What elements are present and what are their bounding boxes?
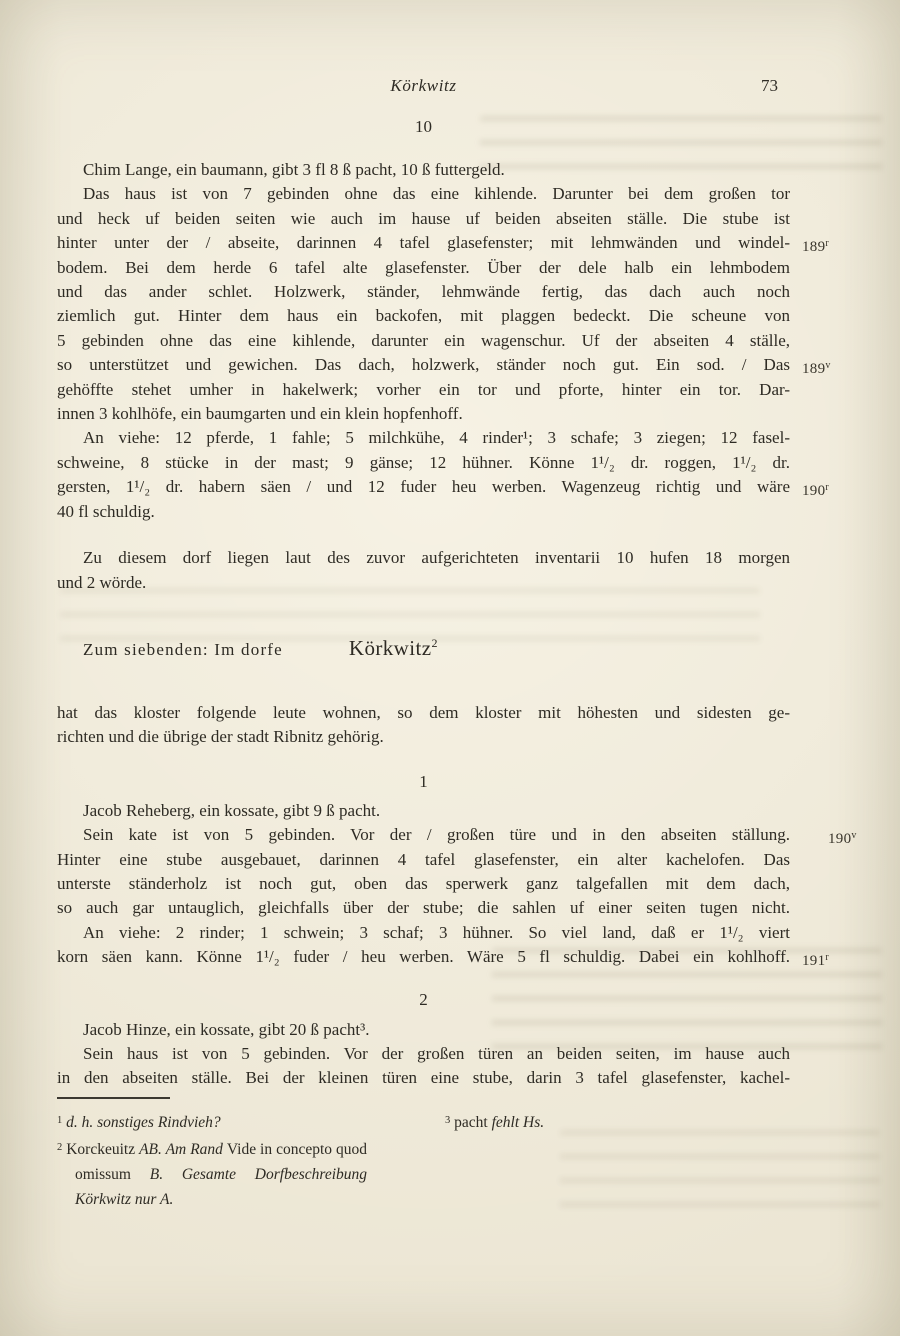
folio-number: 190 [802,483,825,499]
footnote-rule [57,1097,170,1099]
text-line: Das haus ist von 7 gebinden ohne das ein… [57,182,790,206]
text-line: und 2 wörde. [57,571,790,595]
footnote-2: 2 Korckeuitz AB. Am Rand Vide in concept… [57,1135,367,1212]
text-line: Zu diesem dorf liegen laut des zuvor auf… [57,546,790,570]
folio-number: 191 [802,953,825,969]
text-line: 40 fl schuldig. [57,500,790,524]
folio-suffix: v [825,360,830,371]
folio-number: 189 [802,361,825,377]
footnote-1: 1 d. h. sonstiges Rindvieh? [57,1108,367,1135]
text-line: 5 gebinden ohne das eine kihlende, darun… [57,329,790,353]
folio-reference: 189v [802,354,831,381]
footnote-marker: 3 [445,1115,450,1126]
folio-suffix: r [825,952,829,963]
text-line: innen 3 kohlhöfe, ein baumgarten und ein… [57,402,790,426]
text-line: Jacob Hinze, ein kossate, gibt 20 ß pach… [57,1018,790,1042]
text-line: gehöffte stehet umher in hakelwerk; vorh… [57,378,790,402]
folio-suffix: r [825,482,829,493]
entry-number-1: 1 [57,770,790,794]
text-line: An viehe: 2 rinder; 1 schwein; 3 schaf; … [57,921,790,945]
text-line: Chim Lange, ein baumann, gibt 3 fl 8 ß p… [57,158,790,182]
text-line: so unterstützet und gewichen. Das dach, … [57,353,790,377]
folio-suffix: v [851,830,856,841]
text-line: ziemlich gut. Hinter dem haus ein backof… [57,304,790,328]
text-line: Hinter eine stube ausgebauet, darinnen 4… [57,848,790,872]
running-head-title: Körkwitz [57,74,790,98]
text-line: Sein haus ist von 5 gebinden. Vor der gr… [57,1042,790,1066]
village-name: Körkwitz2 [349,636,438,660]
text-line: und das ander schlet. Holzwerk, ständer,… [57,280,790,304]
text-line: bodem. Bei dem herde 6 tafel alte glasef… [57,256,790,280]
text-line: hat das kloster folgende leute wohnen, s… [57,701,790,725]
footnote-marker: 2 [57,1142,62,1153]
text-line: und heck uf beiden seiten wie auch im ha… [57,207,790,231]
folio-reference: 190v [802,824,857,851]
text-line: so auch gar untauglich, gleichfalls über… [57,896,790,920]
footnotes: 1 d. h. sonstiges Rindvieh? 2 Korckeuitz… [57,1108,790,1212]
text-line: Sein kate ist von 5 gebinden. Vor der / … [57,823,790,847]
text-line: hinter unter der / abseite, darinnen 4 t… [57,231,790,255]
text-column: Körkwitz 73 10 Chim Lange, ein baumann, … [57,74,790,1212]
folio-number: 190 [828,831,851,847]
footnote-3: 3 pacht fehlt Hs. [445,1108,765,1135]
text-line: schweine, 8 stücke in der mast; 9 gänse;… [57,451,790,475]
footnote-marker: 1 [57,1115,62,1126]
text-line: Jacob Reheberg, ein kossate, gibt 9 ß pa… [57,799,790,823]
text-line: in den abseiten ställe. Bei der kleinen … [57,1066,790,1090]
page-number: 73 [761,74,778,98]
running-head: Körkwitz 73 [57,74,790,98]
village-heading-label: Zum siebenden: Im dorfe [83,640,283,659]
entry-number-2: 2 [57,988,790,1012]
folio-reference: 191r [802,946,829,973]
footnote-column-right: 3 pacht fehlt Hs. [445,1108,765,1212]
text-line: gersten, 1¹/₂ dr. habern säen / und 12 f… [57,475,790,499]
text-line: An viehe: 12 pferde, 1 fahle; 5 milchküh… [57,426,790,450]
folio-reference: 190r [802,476,829,503]
text-line: richten und die übrige der stadt Ribnitz… [57,725,790,749]
footnote-marker: 2 [431,636,437,650]
scanned-book-page: Körkwitz 73 10 Chim Lange, ein baumann, … [0,0,900,1336]
text-line: unterste ständerholz ist noch gut, oben … [57,872,790,896]
text-line: korn säen kann. Könne 1¹/₂ fuder / heu w… [57,945,790,969]
entry-number-10: 10 [57,115,790,139]
folio-number: 189 [802,239,825,255]
folio-reference: 189r [802,232,829,259]
village-heading-line: Zum siebenden: Im dorfeKörkwitz2 [57,628,790,665]
folio-suffix: r [825,238,829,249]
footnote-column-left: 1 d. h. sonstiges Rindvieh? 2 Korckeuitz… [57,1108,367,1212]
